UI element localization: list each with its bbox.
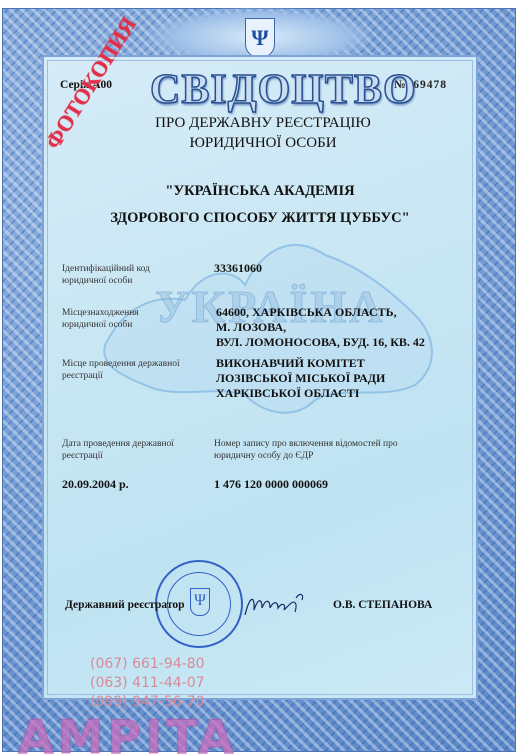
label-line: юридичної особи (62, 275, 150, 287)
value-line: ВИКОНАВЧИЙ КОМІТЕТ (216, 356, 385, 371)
signature-scribble (240, 590, 310, 620)
record-number-value: 1 476 120 0000 000069 (214, 477, 328, 492)
label-line: юридичної особи (62, 319, 139, 331)
location-value: 64600, ХАРКІВСЬКА ОБЛАСТЬ, М. ЛОЗОВА, ВУ… (216, 305, 425, 350)
id-code-label: Ідентифікаційний код юридичної особи (62, 263, 150, 287)
id-code-value: 33361060 (214, 261, 262, 276)
subtitle-line2: ЮРИДИЧНОЇ ОСОБИ (150, 135, 376, 152)
registrar-name: О.В. СТЕПАНОВА (333, 599, 432, 611)
organization-name-line2: ЗДОРОВОГО СПОСОБУ ЖИТТЯ ЦУББУС" (60, 210, 460, 227)
brand-watermark: AMPITA (18, 714, 238, 756)
value-line: ВУЛ. ЛОМОНОСОВА, БУД. 16, КВ. 42 (216, 335, 425, 350)
document-title: СВІДОЦТВО (150, 66, 417, 114)
phone-number: (063) 411-44-07 (90, 675, 205, 691)
trident-seal-icon: Ψ (190, 588, 210, 616)
label-line: Ідентифікаційний код (62, 263, 150, 275)
trident-emblem-icon: Ψ (245, 18, 275, 58)
label-line: Місцезнаходження (62, 307, 139, 319)
registration-place-value: ВИКОНАВЧИЙ КОМІТЕТ ЛОЗІВСЬКОЇ МІСЬКОЇ РА… (216, 356, 385, 401)
registrar-label: Державний реєстратор (65, 599, 184, 611)
value-line: ХАРКІВСЬКОЇ ОБЛАСТІ (216, 386, 385, 401)
phone-number: (067) 661-94-80 (90, 656, 205, 672)
organization-name-line1: "УКРАЇНСЬКА АКАДЕМІЯ (60, 183, 460, 200)
registration-date-label: Дата проведення державної реєстрації (62, 438, 174, 462)
label-line: реєстрації (62, 370, 180, 382)
registration-date-value: 20.09.2004 р. (62, 477, 129, 492)
subtitle-line1: ПРО ДЕРЖАВНУ РЕЄСТРАЦІЮ (150, 115, 376, 132)
registration-place-label: Місце проведення державної реєстрації (62, 358, 180, 382)
value-line: М. ЛОЗОВА, (216, 320, 425, 335)
phone-number: (099) 947-56-70 (90, 694, 205, 710)
label-line: юридичну особу до ЄДР (214, 450, 398, 462)
record-number-label: Номер запису про включення відомостей пр… (214, 438, 398, 462)
value-line: ЛОЗІВСЬКОЇ МІСЬКОЇ РАДИ (216, 371, 385, 386)
label-line: Місце проведення державної (62, 358, 180, 370)
location-label: Місцезнаходження юридичної особи (62, 307, 139, 331)
value-line: 64600, ХАРКІВСЬКА ОБЛАСТЬ, (216, 305, 425, 320)
label-line: реєстрації (62, 450, 174, 462)
label-line: Дата проведення державної (62, 438, 174, 450)
label-line: Номер запису про включення відомостей пр… (214, 438, 398, 450)
